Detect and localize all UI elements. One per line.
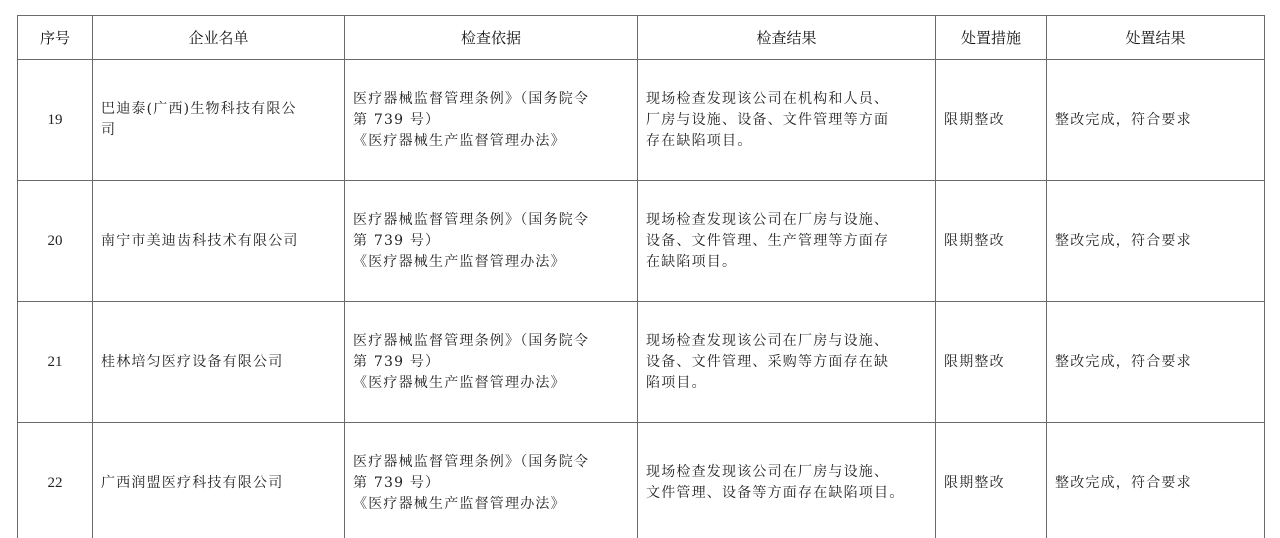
company-line: 南宁市美迪齿科技术有限公司 (101, 231, 336, 252)
basis-line: 第 739 号） (353, 352, 629, 373)
result-line: 陷项目。 (646, 373, 927, 394)
table-row: 19巴迪泰(广西)生物科技有限公司医疗器械监督管理条例》（国务院令第 739 号… (18, 60, 1265, 181)
inspection-table: 序号 企业名单 检查依据 检查结果 处置措施 处置结果 19巴迪泰(广西)生物科… (17, 15, 1265, 538)
result-line: 在缺陷项目。 (646, 252, 927, 273)
basis-line: 第 739 号） (353, 110, 629, 131)
result-line: 现场检查发现该公司在厂房与设施、 (646, 210, 927, 231)
basis-line: 第 739 号） (353, 231, 629, 252)
basis-line: 《医疗器械生产监督管理办法》 (353, 494, 629, 515)
table-row: 22广西润盟医疗科技有限公司医疗器械监督管理条例》（国务院令第 739 号）《医… (18, 423, 1265, 538)
cell-company: 桂林培匀医疗设备有限公司 (93, 302, 345, 423)
basis-line: 《医疗器械生产监督管理办法》 (353, 131, 629, 152)
company-line: 桂林培匀医疗设备有限公司 (101, 352, 336, 373)
cell-measure: 限期整改 (936, 302, 1047, 423)
cell-company: 南宁市美迪齿科技术有限公司 (93, 181, 345, 302)
cell-index: 19 (18, 60, 93, 181)
header-measure: 处置措施 (936, 16, 1047, 60)
cell-result: 现场检查发现该公司在厂房与设施、设备、文件管理、采购等方面存在缺陷项目。 (638, 302, 936, 423)
cell-basis: 医疗器械监督管理条例》（国务院令第 739 号）《医疗器械生产监督管理办法》 (345, 60, 638, 181)
cell-measure: 限期整改 (936, 181, 1047, 302)
basis-line: 医疗器械监督管理条例》（国务院令 (353, 452, 629, 473)
company-line: 司 (101, 120, 336, 141)
cell-company: 广西润盟医疗科技有限公司 (93, 423, 345, 538)
table-header-row: 序号 企业名单 检查依据 检查结果 处置措施 处置结果 (18, 16, 1265, 60)
basis-line: 第 739 号） (353, 473, 629, 494)
cell-outcome: 整改完成，符合要求 (1047, 423, 1265, 538)
cell-measure: 限期整改 (936, 60, 1047, 181)
table-row: 21桂林培匀医疗设备有限公司医疗器械监督管理条例》（国务院令第 739 号）《医… (18, 302, 1265, 423)
company-line: 广西润盟医疗科技有限公司 (101, 473, 336, 494)
cell-basis: 医疗器械监督管理条例》（国务院令第 739 号）《医疗器械生产监督管理办法》 (345, 181, 638, 302)
basis-line: 《医疗器械生产监督管理办法》 (353, 252, 629, 273)
company-line: 巴迪泰(广西)生物科技有限公 (101, 99, 336, 120)
cell-measure: 限期整改 (936, 423, 1047, 538)
cell-basis: 医疗器械监督管理条例》（国务院令第 739 号）《医疗器械生产监督管理办法》 (345, 423, 638, 538)
result-line: 设备、文件管理、采购等方面存在缺 (646, 352, 927, 373)
result-line: 存在缺陷项目。 (646, 131, 927, 152)
result-line: 现场检查发现该公司在厂房与设施、 (646, 462, 927, 483)
cell-company: 巴迪泰(广西)生物科技有限公司 (93, 60, 345, 181)
header-outcome: 处置结果 (1047, 16, 1265, 60)
cell-outcome: 整改完成，符合要求 (1047, 181, 1265, 302)
header-basis: 检查依据 (345, 16, 638, 60)
cell-result: 现场检查发现该公司在厂房与设施、文件管理、设备等方面存在缺陷项目。 (638, 423, 936, 538)
cell-result: 现场检查发现该公司在机构和人员、厂房与设施、设备、文件管理等方面存在缺陷项目。 (638, 60, 936, 181)
cell-index: 20 (18, 181, 93, 302)
header-index: 序号 (18, 16, 93, 60)
result-line: 厂房与设施、设备、文件管理等方面 (646, 110, 927, 131)
header-company: 企业名单 (93, 16, 345, 60)
basis-line: 《医疗器械生产监督管理办法》 (353, 373, 629, 394)
cell-index: 22 (18, 423, 93, 538)
cell-outcome: 整改完成，符合要求 (1047, 60, 1265, 181)
result-line: 文件管理、设备等方面存在缺陷项目。 (646, 483, 927, 504)
basis-line: 医疗器械监督管理条例》（国务院令 (353, 210, 629, 231)
header-result: 检查结果 (638, 16, 936, 60)
cell-basis: 医疗器械监督管理条例》（国务院令第 739 号）《医疗器械生产监督管理办法》 (345, 302, 638, 423)
table-row: 20南宁市美迪齿科技术有限公司医疗器械监督管理条例》（国务院令第 739 号）《… (18, 181, 1265, 302)
cell-result: 现场检查发现该公司在厂房与设施、设备、文件管理、生产管理等方面存在缺陷项目。 (638, 181, 936, 302)
cell-index: 21 (18, 302, 93, 423)
result-line: 现场检查发现该公司在机构和人员、 (646, 89, 927, 110)
result-line: 现场检查发现该公司在厂房与设施、 (646, 331, 927, 352)
basis-line: 医疗器械监督管理条例》（国务院令 (353, 89, 629, 110)
cell-outcome: 整改完成，符合要求 (1047, 302, 1265, 423)
result-line: 设备、文件管理、生产管理等方面存 (646, 231, 927, 252)
basis-line: 医疗器械监督管理条例》（国务院令 (353, 331, 629, 352)
